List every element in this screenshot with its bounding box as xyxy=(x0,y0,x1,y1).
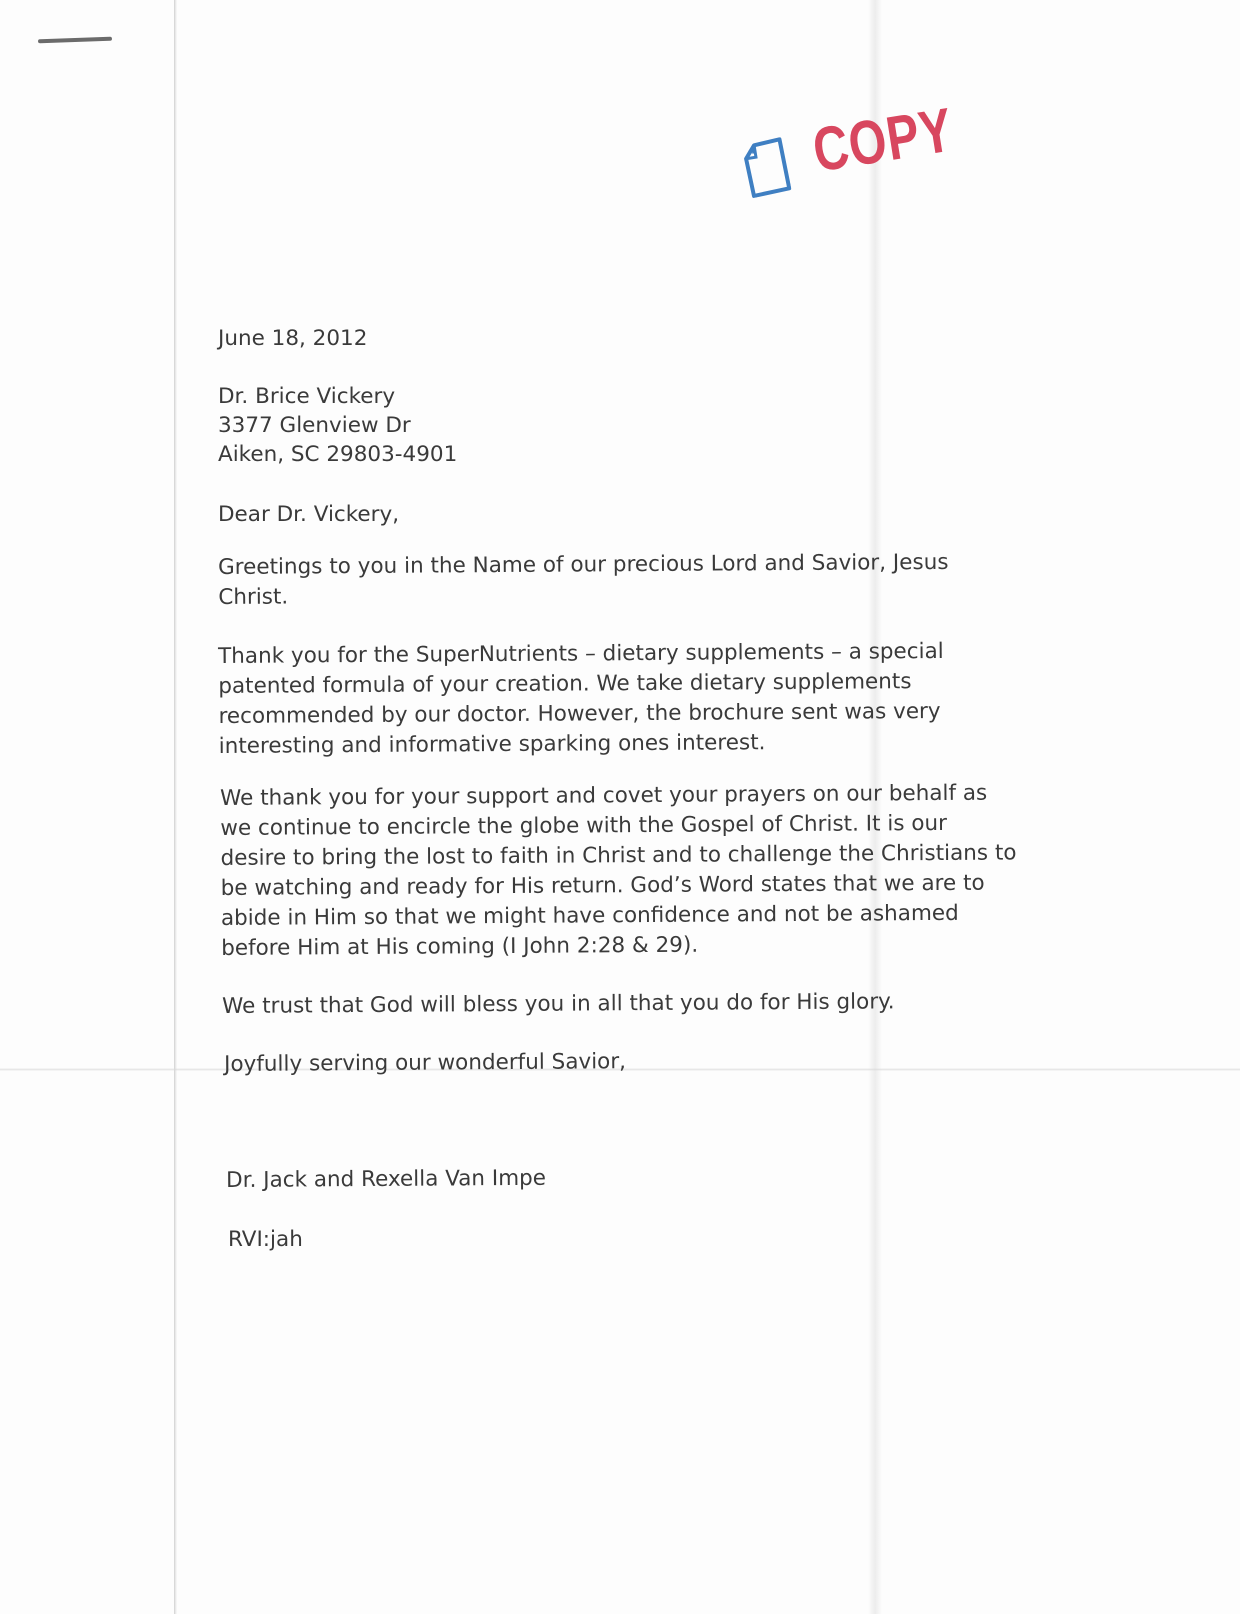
paragraph-line: interesting and informative sparking one… xyxy=(219,727,945,762)
paragraph-line: Greetings to you in the Name of our prec… xyxy=(218,548,949,583)
letter-date: June 18, 2012 xyxy=(218,324,367,354)
signature: Dr. Jack and Rexella Van Impe xyxy=(226,1164,546,1196)
recipient-city-state-zip: Aiken, SC 29803-4901 xyxy=(218,440,457,470)
paragraph-line: abide in Him so that we might have confi… xyxy=(221,898,1017,934)
paragraph-thank-you: Thank you for the SuperNutrients – dieta… xyxy=(218,637,944,762)
document-icon xyxy=(740,137,792,199)
recipient-street: 3377 Glenview Dr xyxy=(218,411,411,441)
reference-initials: RVI:jah xyxy=(228,1225,303,1255)
paragraph-line: before Him at His coming (I John 2:28 & … xyxy=(221,928,1017,964)
copy-stamp-label: COPY xyxy=(808,95,958,187)
staple-mark xyxy=(38,37,112,44)
closing: Joyfully serving our wonderful Savior, xyxy=(224,1047,626,1080)
closing-line: Joyfully serving our wonderful Savior, xyxy=(224,1047,626,1080)
signature-name: Dr. Jack and Rexella Van Impe xyxy=(226,1164,546,1196)
paragraph-support: We thank you for your support and covet … xyxy=(220,778,1017,964)
paragraph-blessing: We trust that God will bless you in all … xyxy=(222,987,895,1022)
paragraph-line: recommended by our doctor. However, the … xyxy=(218,697,944,732)
letter-page: COPY June 18, 2012 Dr. Brice Vickery 337… xyxy=(0,0,1240,1614)
paragraph-line: We trust that God will bless you in all … xyxy=(222,987,895,1022)
recipient-name: Dr. Brice Vickery xyxy=(218,382,395,412)
paragraph-greeting: Greetings to you in the Name of our prec… xyxy=(218,548,949,613)
salutation: Dear Dr. Vickery, xyxy=(218,500,399,530)
paragraph-line: Christ. xyxy=(218,578,949,613)
page-edge-shadow xyxy=(174,0,177,1614)
